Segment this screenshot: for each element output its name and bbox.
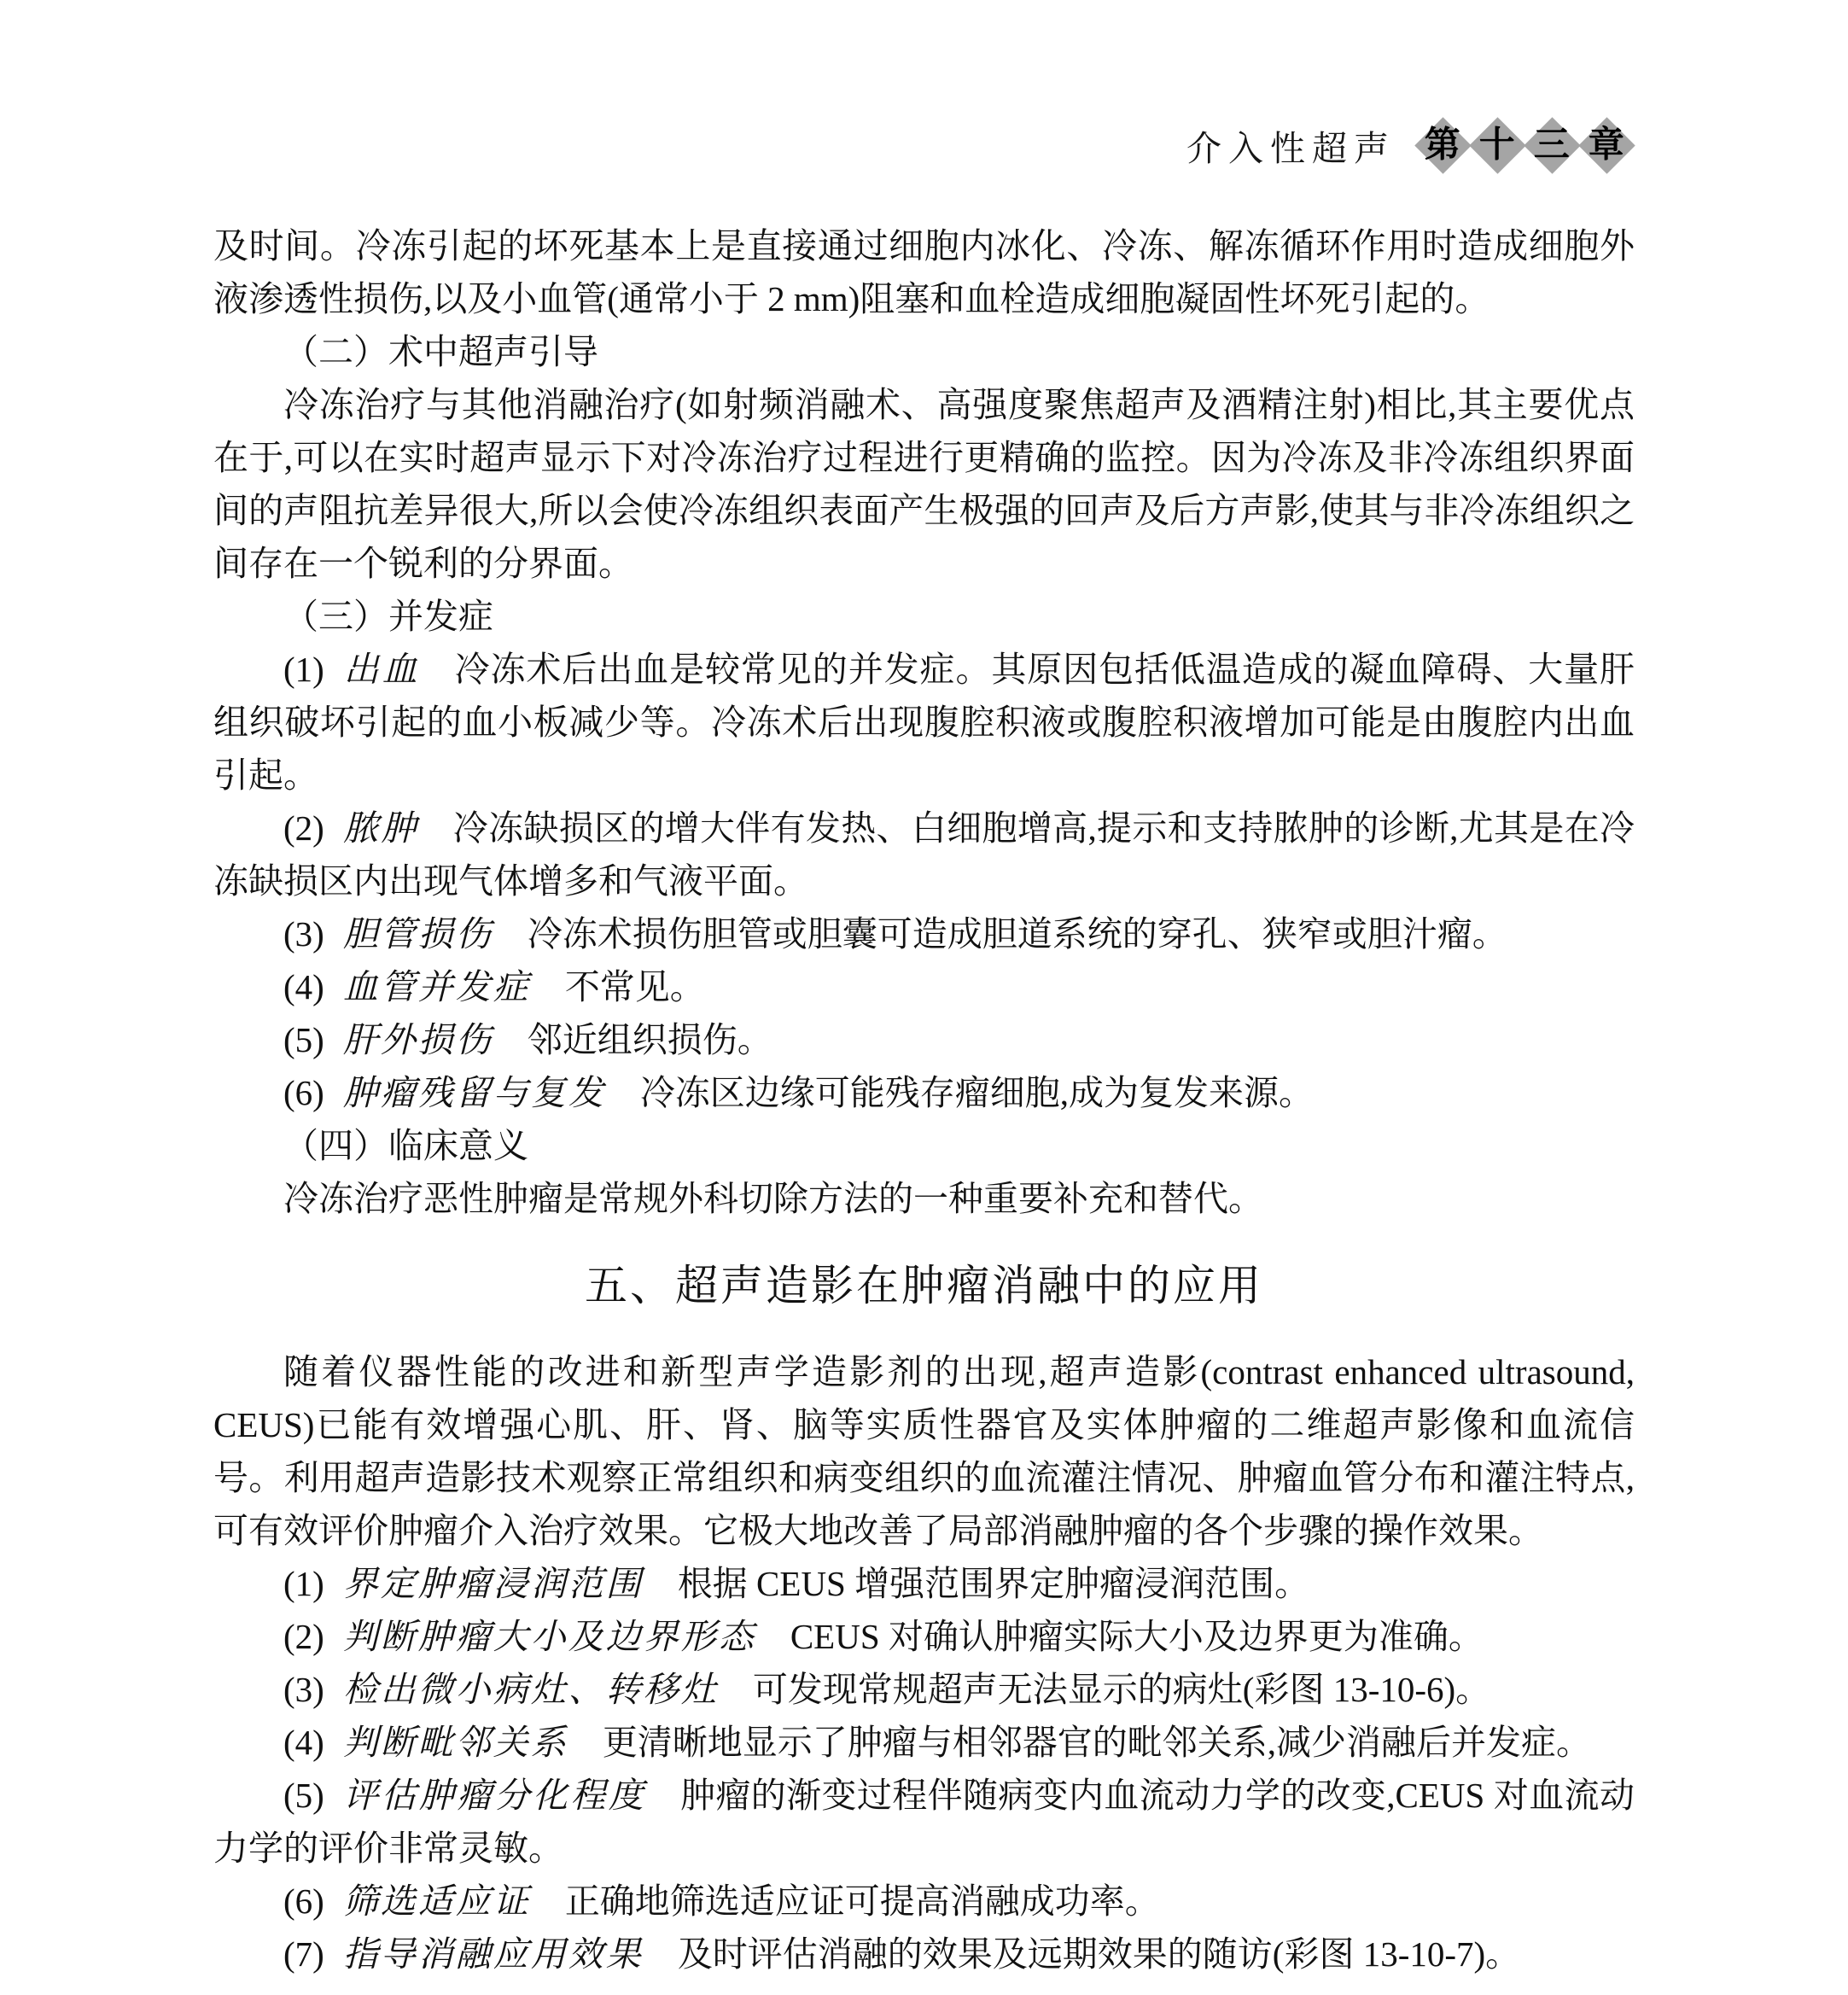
page-body: 及时间。冷冻引起的坏死基本上是直接通过细胞内冰化、冷冻、解冻循环作用时造成细胞外… (213, 219, 1635, 1980)
item-text: 可发现常规超声无法显示的病灶(彩图 13-10-6)。 (753, 1670, 1490, 1709)
section-heading-3: （三）并发症 (213, 590, 1635, 643)
chapter-diamond-4: 章 (1578, 117, 1635, 173)
section-heading-2: （二）术中超声引导 (213, 325, 1635, 378)
item-term: 筛选适应证 (343, 1881, 531, 1921)
item-term: 血管并发症 (343, 967, 531, 1006)
item-text: 冷冻缺损区的增大伴有发热、白细胞增高,提示和支持脓肿的诊断,尤其是在冷冻缺损区内… (213, 808, 1635, 901)
item-number: (6) (283, 1073, 324, 1112)
textbook-page: 介入性超声 第 十 三 章 及时间。冷冻引起的坏死基本上是直接通过细胞内冰化、冷… (0, 0, 1848, 1995)
complication-item-6: (6)肿瘤残留与复发冷冻区边缘可能残存瘤细胞,成为复发来源。 (213, 1066, 1635, 1119)
item-text: 及时评估消融的效果及远期效果的随访(彩图 13-10-7)。 (678, 1934, 1520, 1974)
item-text: 更清晰地显示了肿瘤与相邻器官的毗邻关系,减少消融后并发症。 (603, 1723, 1591, 1762)
item-number: (2) (283, 1617, 324, 1656)
item-term: 指导消融应用效果 (343, 1934, 644, 1974)
item-term: 评估肿瘤分化程度 (343, 1776, 646, 1815)
chapter-badge: 第 十 三 章 (1416, 117, 1635, 173)
item-number: (7) (283, 1934, 324, 1974)
item-number: (4) (283, 967, 324, 1006)
paragraph-ceus-intro: 随着仪器性能的改进和新型声学造影剂的出现,超声造影(contrast enhan… (213, 1345, 1635, 1557)
complication-item-2: (2)脓肿冷冻缺损区的增大伴有发热、白细胞增高,提示和支持脓肿的诊断,尤其是在冷… (213, 802, 1635, 907)
application-item-3: (3)检出微小病灶、转移灶可发现常规超声无法显示的病灶(彩图 13-10-6)。 (213, 1663, 1635, 1716)
complication-item-1: (1)出血冷冻术后出血是较常见的并发症。其原因包括低温造成的凝血障碍、大量肝组织… (213, 643, 1635, 802)
item-number: (2) (283, 808, 324, 848)
application-item-2: (2)判断肿瘤大小及边界形态CEUS 对确认肿瘤实际大小及边界更为准确。 (213, 1610, 1635, 1663)
item-term: 肿瘤残留与复发 (343, 1073, 606, 1112)
item-number: (3) (283, 914, 324, 954)
diamond-icon: 十 (1469, 117, 1525, 173)
item-number: (6) (283, 1881, 324, 1921)
item-term: 出血 (343, 650, 421, 689)
paragraph-continuation: 及时间。冷冻引起的坏死基本上是直接通过细胞内冰化、冷冻、解冻循环作用时造成细胞外… (213, 219, 1635, 325)
section-heading-4: （四）临床意义 (213, 1119, 1635, 1172)
chapter-diamond-3: 三 (1524, 117, 1580, 173)
item-text: 正确地筛选适应证可提高消融成功率。 (565, 1881, 1160, 1921)
chapter-diamond-1: 第 (1414, 117, 1471, 173)
item-number: (1) (283, 650, 324, 689)
chapter-char: 三 (1534, 127, 1570, 163)
application-item-5: (5)评估肿瘤分化程度肿瘤的渐变过程伴随病变内血流动力学的改变,CEUS 对血流… (213, 1769, 1635, 1875)
item-number: (5) (283, 1020, 324, 1059)
item-text: 根据 CEUS 增强范围界定肿瘤浸润范围。 (678, 1564, 1309, 1603)
chapter-diamond-2: 十 (1469, 117, 1525, 173)
item-number: (1) (283, 1564, 324, 1603)
item-term: 胆管损伤 (343, 914, 493, 954)
diamond-icon: 章 (1578, 117, 1635, 173)
item-number: (3) (283, 1670, 324, 1709)
item-term: 判断肿瘤大小及边界形态 (343, 1617, 756, 1656)
item-number: (4) (283, 1723, 324, 1762)
complication-item-3: (3)胆管损伤冷冻术损伤胆管或胆囊可造成胆道系统的穿孔、狭窄或胆汁瘤。 (213, 907, 1635, 960)
item-term: 肝外损伤 (343, 1020, 493, 1059)
paragraph-clinical-significance: 冷冻治疗恶性肿瘤是常规外科切除方法的一种重要补充和替代。 (213, 1172, 1635, 1225)
complication-item-5: (5)肝外损伤邻近组织损伤。 (213, 1013, 1635, 1066)
diamond-icon: 三 (1524, 117, 1580, 173)
diamond-icon: 第 (1414, 117, 1471, 173)
item-term: 脓肿 (343, 808, 419, 848)
application-item-6: (6)筛选适应证正确地筛选适应证可提高消融成功率。 (213, 1875, 1635, 1928)
item-text: 冷冻术后出血是较常见的并发症。其原因包括低温造成的凝血障碍、大量肝组织破坏引起的… (213, 650, 1635, 795)
item-number: (5) (283, 1776, 324, 1815)
item-text: 冷冻术损伤胆管或胆囊可造成胆道系统的穿孔、狭窄或胆汁瘤。 (528, 914, 1507, 954)
chapter-char: 第 (1425, 127, 1460, 163)
item-term: 判断毗邻关系 (343, 1723, 568, 1762)
chapter-char: 章 (1589, 127, 1624, 163)
complication-item-4: (4)血管并发症不常见。 (213, 960, 1635, 1013)
book-title: 介入性超声 (1186, 120, 1396, 171)
item-text: CEUS 对确认肿瘤实际大小及边界更为准确。 (790, 1617, 1484, 1656)
chapter-header: 介入性超声 第 十 三 章 (213, 115, 1635, 175)
item-text: 邻近组织损伤。 (528, 1020, 772, 1059)
section-5-title: 五、超声造影在肿瘤消融中的应用 (213, 1255, 1635, 1316)
application-item-4: (4)判断毗邻关系更清晰地显示了肿瘤与相邻器官的毗邻关系,减少消融后并发症。 (213, 1716, 1635, 1769)
application-item-7: (7)指导消融应用效果及时评估消融的效果及远期效果的随访(彩图 13-10-7)… (213, 1928, 1635, 1980)
application-item-1: (1)界定肿瘤浸润范围根据 CEUS 增强范围界定肿瘤浸润范围。 (213, 1557, 1635, 1610)
item-text: 不常见。 (565, 967, 705, 1006)
chapter-char: 十 (1479, 127, 1515, 163)
item-term: 界定肿瘤浸润范围 (343, 1564, 644, 1603)
item-term: 检出微小病灶、转移灶 (343, 1670, 719, 1709)
paragraph-ultrasound-guidance: 冷冻治疗与其他消融治疗(如射频消融术、高强度聚焦超声及酒精注射)相比,其主要优点… (213, 378, 1635, 590)
item-text: 冷冻区边缘可能残存瘤细胞,成为复发来源。 (640, 1073, 1314, 1112)
